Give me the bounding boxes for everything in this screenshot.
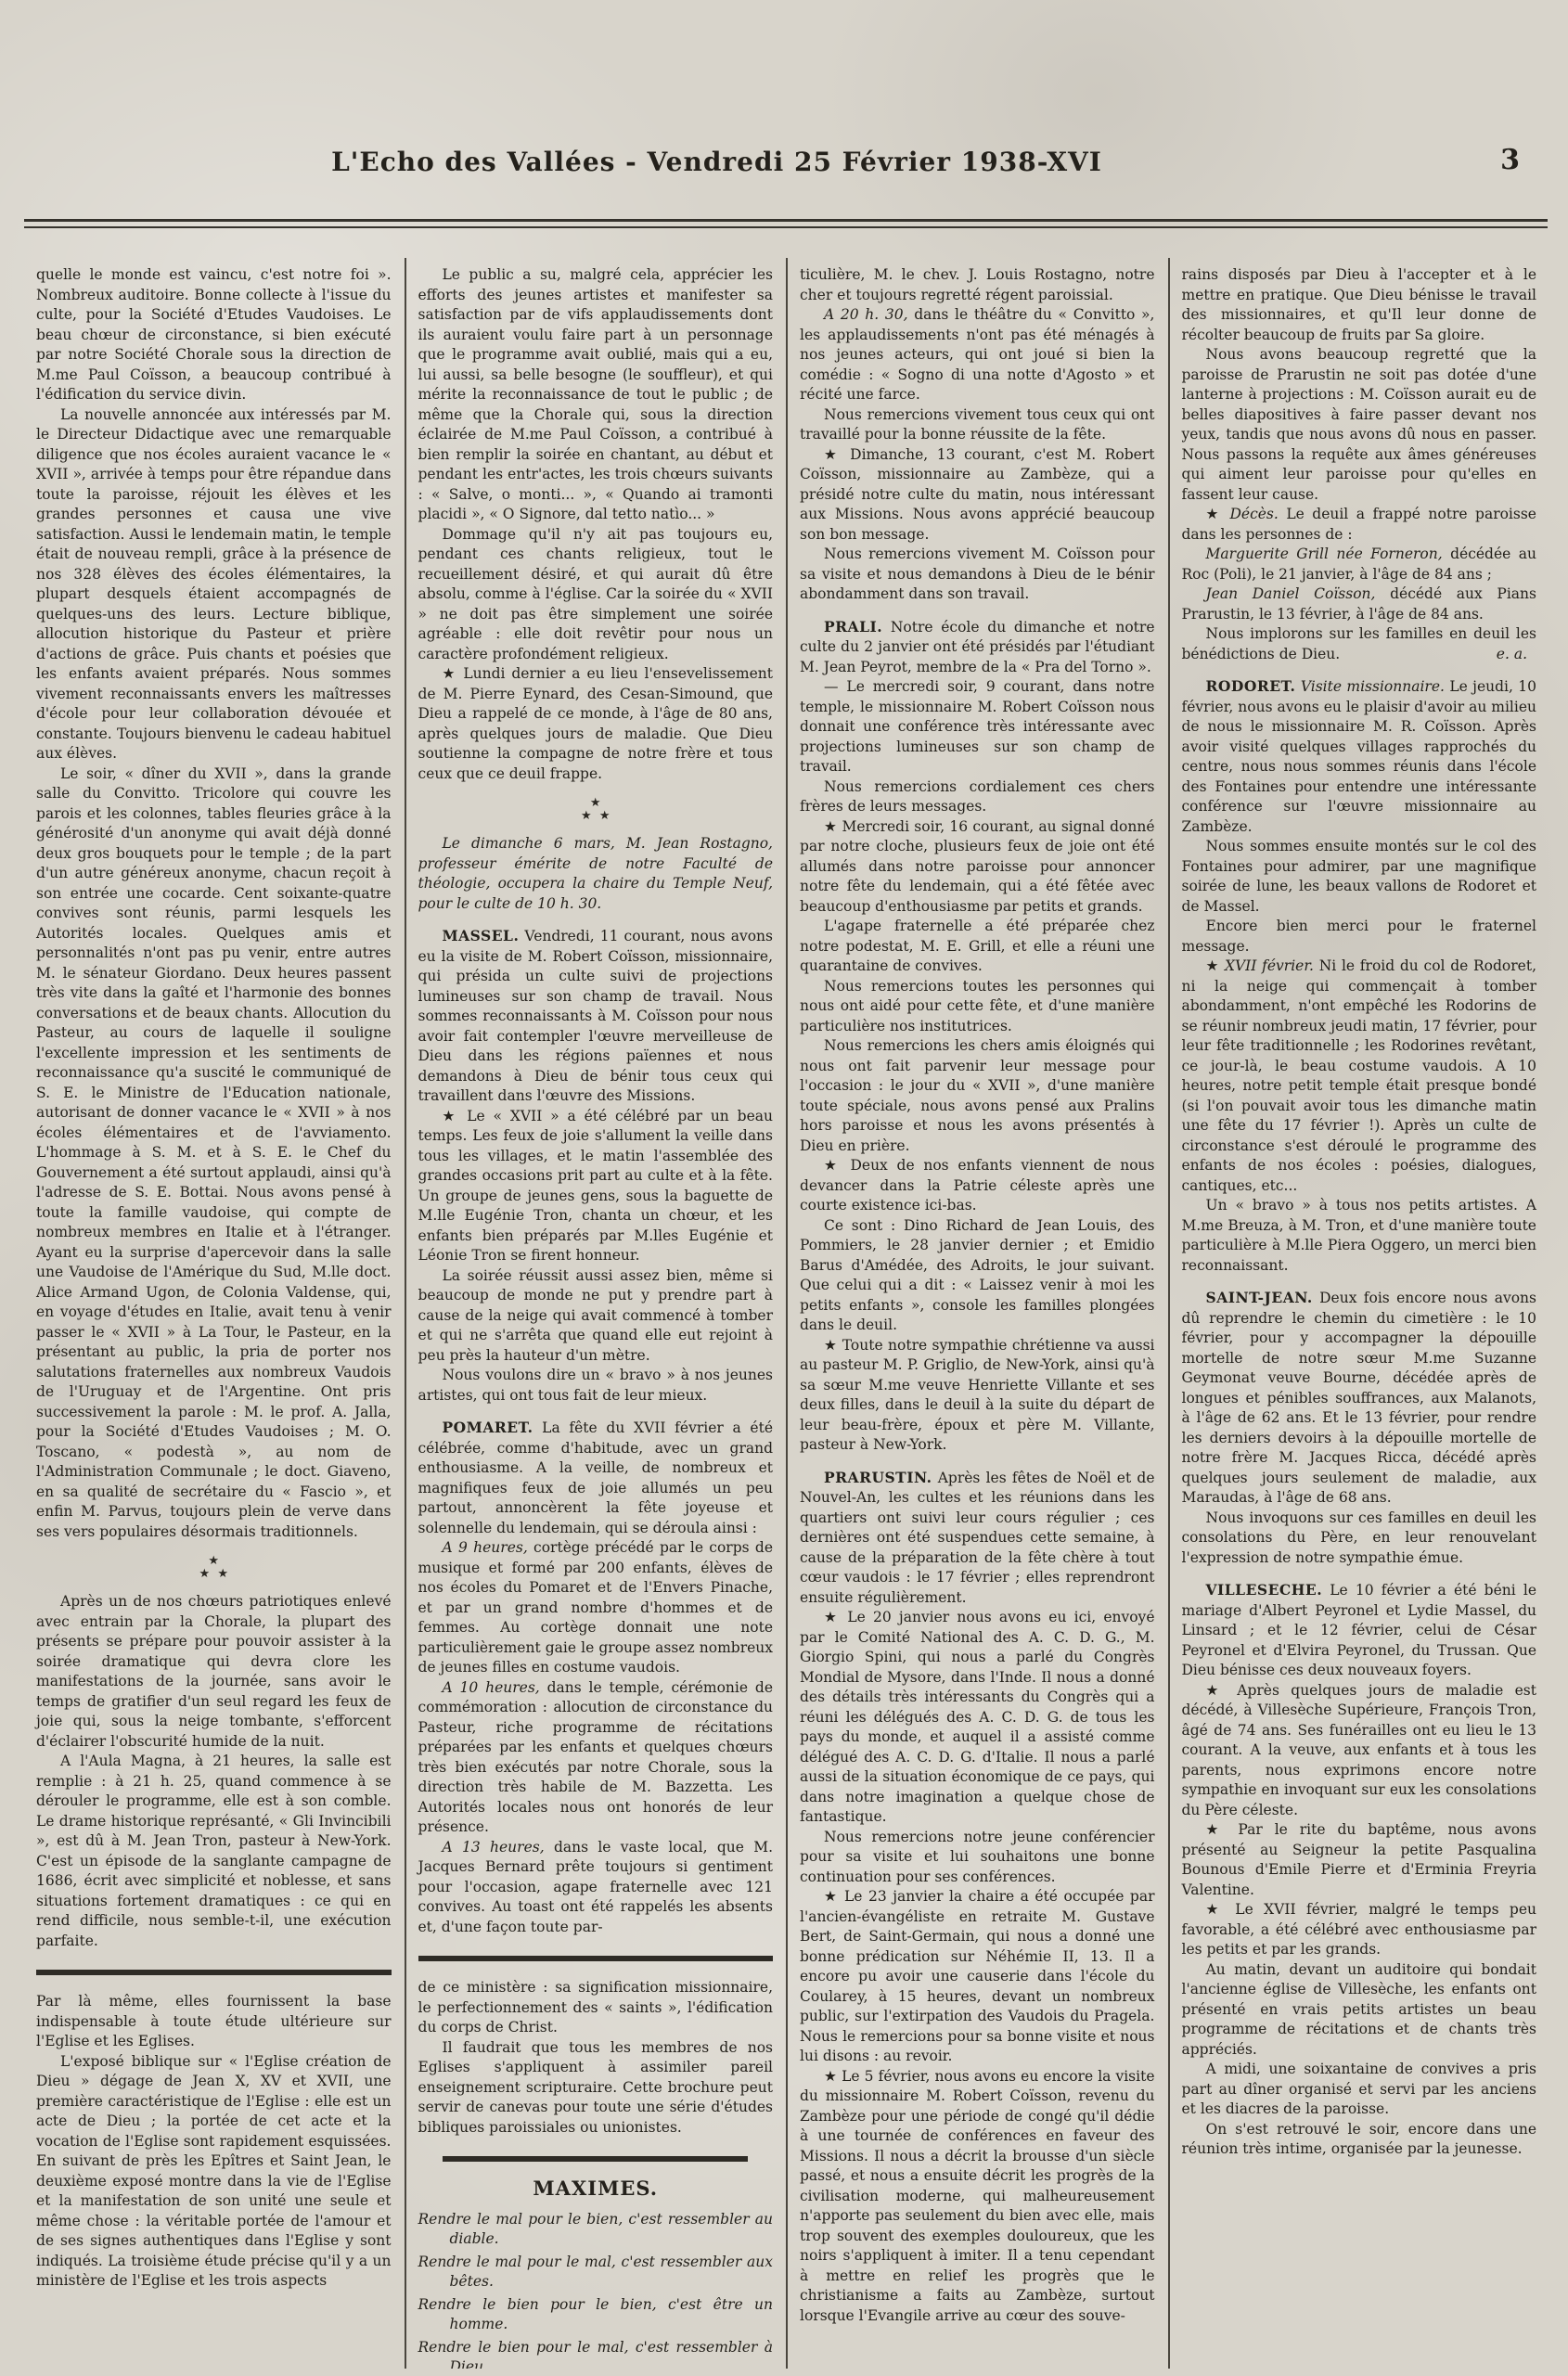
paragraph: Nous voulons dire un « bravo » à nos jeu…: [418, 1366, 774, 1406]
paragraph-lead-italic: Visite missionnaire.: [1301, 678, 1445, 695]
paragraph-text: Après quelques jours de maladie est décé…: [1182, 1682, 1537, 1818]
star-icon: ★: [443, 665, 457, 682]
paragraph: ★ Le 23 janvier la chaire a été occupée …: [800, 1887, 1155, 2067]
page-number: 3: [1500, 144, 1520, 176]
star-icon: ★: [824, 2068, 837, 2085]
star-icon: ★: [217, 1567, 228, 1581]
masthead-title: L'Echo des Vallées - Vendredi 25 Février…: [331, 147, 1102, 177]
paragraph-text: L'agape fraternelle a été préparée chez …: [800, 918, 1155, 974]
signature: e. a.: [1472, 645, 1536, 665]
horizontal-rule: [36, 1970, 392, 1975]
star-icon: ★: [824, 1157, 842, 1174]
paragraph-text: Nous avons beaucoup regretté que la paro…: [1182, 346, 1537, 503]
paragraph-text: dans le temple, cérémonie de commémorati…: [418, 1679, 774, 1836]
column-2: Le public a su, malgré cela, apprécier l…: [405, 258, 787, 2369]
paragraph-text: La fête du XVII février a été célébrée, …: [418, 1419, 774, 1536]
paragraph: ★ Par le rite du baptême, nous avons pré…: [1182, 1820, 1537, 1900]
column-3: ticulière, M. le chev. J. Louis Rostagno…: [786, 258, 1168, 2369]
star-icon: ★: [1206, 957, 1220, 974]
paragraph: Nous avons beaucoup regretté que la paro…: [1182, 345, 1537, 505]
paragraph: PRARUSTIN. Après les fêtes de Noël et de…: [800, 1468, 1155, 1609]
paragraph-text: Un « bravo » à tous nos petits artistes.…: [1182, 1197, 1537, 1274]
paragraph-text: La nouvelle annoncée aux intéressés par …: [36, 406, 392, 763]
paragraph-text: Après un de nos chœurs patriotiques enle…: [36, 1593, 392, 1750]
paragraph-text: La soirée réussit aussi assez bien, même…: [418, 1267, 774, 1364]
paragraph-text: Nous remercions notre jeune conférencier…: [800, 1829, 1155, 1885]
paragraph-text: Nous remercions cordialement ces chers f…: [800, 778, 1155, 816]
paragraph-text: A midi, une soixantaine de convives a pr…: [1182, 2061, 1537, 2117]
paragraph: La soirée réussit aussi assez bien, même…: [418, 1266, 774, 1367]
paragraph-text: Rendre le mal pour le bien, c'est ressem…: [418, 2211, 774, 2248]
section-lead: RODORET.: [1206, 677, 1296, 695]
paragraph: La nouvelle annoncée aux intéressés par …: [36, 405, 392, 764]
paragraph: Ce sont : Dino Richard de Jean Louis, de…: [800, 1216, 1155, 1336]
paragraph-lead-italic: Marguerite Grill née Forneron,: [1206, 546, 1443, 562]
section-lead: SAINT-JEAN.: [1206, 1289, 1313, 1306]
star-icon: ★: [824, 1609, 840, 1625]
paragraph-text: Nous sommes ensuite montés sur le col de…: [1182, 838, 1537, 915]
paragraph: Nous implorons sur les familles en deuil…: [1182, 624, 1537, 664]
paragraph-text: Nous remercions les chers amis éloignés …: [800, 1037, 1155, 1154]
paragraph: Il faudrait que tous les membres de nos …: [418, 2038, 774, 2138]
paragraph: L'exposé biblique sur « l'Eglise créatio…: [36, 2052, 392, 2292]
paragraph-text: Toute notre sympathie chrétienne va auss…: [800, 1337, 1155, 1454]
paragraph-text: Nous voulons dire un « bravo » à nos jeu…: [418, 1367, 774, 1404]
paragraph: ★ Après quelques jours de maladie est dé…: [1182, 1681, 1537, 1821]
masthead-double-rule: [24, 219, 1548, 228]
paragraph-lead-italic: Jean Daniel Coïsson,: [1206, 585, 1376, 602]
maxime-item: Rendre le bien pour le bien, c'est être …: [418, 2295, 774, 2335]
column-4: rains disposés par Dieu à l'accepter et …: [1168, 258, 1550, 2369]
star-icon: ★: [1206, 1821, 1227, 1838]
paragraph-text: Après les fêtes de Noël et de Nouvel-An,…: [800, 1470, 1155, 1606]
paragraph-text: L'exposé biblique sur « l'Eglise créatio…: [36, 2053, 392, 2290]
paragraph: quelle le monde est vaincu, c'est notre …: [36, 265, 392, 405]
paragraph-text: Encore bien merci pour le fraternel mess…: [1182, 918, 1537, 955]
paragraph: Après un de nos chœurs patriotiques enle…: [36, 1592, 392, 1752]
paragraph: Nous remercions vivement tous ceux qui o…: [800, 405, 1155, 445]
paragraph-text: A l'Aula Magna, à 21 heures, la salle es…: [36, 1753, 392, 1949]
paragraph: Le soir, « dîner du XVII », dans la gran…: [36, 764, 392, 1543]
column-1: quelle le monde est vaincu, c'est notre …: [24, 258, 405, 2369]
paragraph-text: Le 23 janvier la chaire a été occupée pa…: [800, 1888, 1155, 2064]
paragraph-text: Deux de nos enfants viennent de nous dev…: [800, 1157, 1155, 1214]
paragraph-text: Rendre le bien pour le mal, c'est ressem…: [418, 2339, 774, 2370]
paragraph: Encore bien merci pour le fraternel mess…: [1182, 917, 1537, 957]
star-icon: ★: [824, 818, 837, 835]
star-icon: ★: [599, 809, 610, 823]
paragraph: Nous sommes ensuite montés sur le col de…: [1182, 837, 1537, 917]
section-lead: MASSEL.: [443, 927, 520, 944]
paragraph: On s'est retrouvé le soir, encore dans u…: [1182, 2120, 1537, 2160]
paragraph-lead-italic: A 20 h. 30,: [824, 306, 908, 323]
paragraph-text: Mercredi soir, 16 courant, au signal don…: [800, 818, 1155, 915]
horizontal-rule: [418, 1956, 774, 1961]
paragraph: A 9 heures, cortège précédé par le corps…: [418, 1538, 774, 1678]
paragraph-text: Le 20 janvier nous avons eu ici, envoyé …: [800, 1609, 1155, 1825]
maximes-heading: MAXIMES.: [418, 2178, 774, 2199]
paragraph-text: Le 5 février, nous avons eu encore la vi…: [800, 2068, 1155, 2324]
paragraph: Jean Daniel Coïsson, décédé aux Pians Pr…: [1182, 584, 1537, 624]
paragraph-text: Vendredi, 11 courant, nous avons eu la v…: [418, 928, 774, 1104]
paragraph: ★ Mercredi soir, 16 courant, au signal d…: [800, 817, 1155, 918]
section-lead: POMARET.: [443, 1419, 533, 1436]
paragraph: Nous remercions cordialement ces chers f…: [800, 777, 1155, 817]
paragraph-text: rains disposés par Dieu à l'accepter et …: [1182, 266, 1537, 343]
star-icon: ★: [824, 1337, 837, 1354]
paragraph: MASSEL. Vendredi, 11 courant, nous avons…: [418, 926, 774, 1107]
paragraph-text: Rendre le mal pour le mal, c'est ressemb…: [418, 2254, 774, 2291]
paragraph: A 20 h. 30, dans le théâtre du « Convitt…: [800, 305, 1155, 405]
paragraph: ★ Le 20 janvier nous avons eu ici, envoy…: [800, 1608, 1155, 1828]
paragraph-text: On s'est retrouvé le soir, encore dans u…: [1182, 2121, 1537, 2158]
paragraph-text: Rendre le bien pour le bien, c'est être …: [418, 2296, 774, 2333]
paragraph: Dommage qu'il n'y ait pas toujours eu, p…: [418, 525, 774, 665]
paragraph-text: — Le mercredi soir, 9 courant, dans notr…: [800, 678, 1155, 775]
star-separator: ★★ ★: [36, 1555, 392, 1581]
star-icon: ★: [208, 1554, 219, 1568]
paragraph: Nous remercions vivement M. Coïsson pour…: [800, 545, 1155, 605]
paragraph: VILLESECHE. Le 10 février a été béni le …: [1182, 1580, 1537, 1681]
paragraph-text: Lundi dernier a eu lieu l'ensevelissemen…: [418, 665, 774, 782]
paragraph-text: Le public a su, malgré cela, apprécier l…: [418, 266, 774, 522]
star-icon: ★: [590, 796, 601, 810]
paragraph: Nous remercions les chers amis éloignés …: [800, 1036, 1155, 1156]
paragraph: ★ Le « XVII » a été célébré par un beau …: [418, 1107, 774, 1266]
paragraph: Au matin, devant un auditoire qui bondai…: [1182, 1960, 1537, 2061]
star-icon: ★: [1206, 1901, 1225, 1918]
paragraph: ★ Le 5 février, nous avons eu encore la …: [800, 2067, 1155, 2327]
paragraph-text: Le soir, « dîner du XVII », dans la gran…: [36, 765, 392, 1540]
paragraph-text: de ce ministère : sa signification missi…: [418, 1979, 774, 2036]
maxime-item: Rendre le bien pour le mal, c'est ressem…: [418, 2338, 774, 2370]
paragraph-text: ticulière, M. le chev. J. Louis Rostagno…: [800, 266, 1155, 303]
paragraph-text: Le XVII février, malgré le temps peu fav…: [1182, 1901, 1537, 1958]
star-icon: ★: [824, 446, 842, 463]
paragraph: Par là même, elles fournissent la base i…: [36, 1992, 392, 2052]
paragraph-text: Dimanche, 13 courant, c'est M. Robert Co…: [800, 446, 1155, 543]
paragraph-lead-italic: XVII février.: [1225, 957, 1314, 974]
paragraph: A l'Aula Magna, à 21 heures, la salle es…: [36, 1752, 392, 1951]
paragraph: ★ Le XVII février, malgré le temps peu f…: [1182, 1900, 1537, 1960]
maxime-item: Rendre le mal pour le bien, c'est ressem…: [418, 2210, 774, 2250]
paragraph-text: Nous remercions vivement tous ceux qui o…: [800, 406, 1155, 443]
paragraph: A 10 heures, dans le temple, cérémonie d…: [418, 1678, 774, 1838]
paragraph-text: Le jeudi, 10 février, nous avons eu le p…: [1182, 678, 1537, 835]
paragraph-lead-italic: A 9 heures,: [443, 1539, 528, 1556]
paragraph: ★ Décès. Le deuil a frappé notre paroiss…: [1182, 505, 1537, 545]
columns-area: quelle le monde est vaincu, c'est notre …: [24, 258, 1549, 2369]
paragraph: A 13 heures, dans le vaste local, que M.…: [418, 1838, 774, 1938]
paragraph: Le public a su, malgré cela, apprécier l…: [418, 265, 774, 525]
star-icon: ★: [1206, 506, 1222, 522]
paragraph: ★ Dimanche, 13 courant, c'est M. Robert …: [800, 445, 1155, 546]
star-icon: ★: [824, 1888, 838, 1905]
paragraph: de ce ministère : sa signification missi…: [418, 1978, 774, 2038]
paragraph: Un « bravo » à tous nos petits artistes.…: [1182, 1196, 1537, 1276]
section-lead: PRARUSTIN.: [824, 1469, 932, 1486]
star-separator: ★★ ★: [418, 797, 774, 823]
paragraph-text: Ce sont : Dino Richard de Jean Louis, de…: [800, 1217, 1155, 1334]
paragraph-text: quelle le monde est vaincu, c'est notre …: [36, 266, 392, 403]
horizontal-rule: [443, 2156, 748, 2162]
paragraph: POMARET. La fête du XVII février a été c…: [418, 1418, 774, 1538]
paragraph: ★ XVII février. Ni le froid du col de Ro…: [1182, 957, 1537, 1196]
maxime-item: Rendre le mal pour le mal, c'est ressemb…: [418, 2253, 774, 2293]
paragraph-text: Le dimanche 6 mars, M. Jean Rostagno, pr…: [418, 835, 774, 912]
paragraph-text: cortège précédé par le corps de musique …: [418, 1539, 774, 1676]
paragraph-text: Dommage qu'il n'y ait pas toujours eu, p…: [418, 526, 774, 662]
paragraph-lead-italic: A 13 heures,: [443, 1839, 545, 1856]
paragraph-text: Ni le froid du col de Rodoret, ni la nei…: [1182, 957, 1537, 1194]
section-lead: VILLESECHE.: [1206, 1581, 1323, 1599]
paragraph: rains disposés par Dieu à l'accepter et …: [1182, 265, 1537, 345]
section-lead: PRALI.: [824, 618, 882, 636]
star-icon: ★: [443, 1108, 459, 1124]
paragraph: Marguerite Grill née Forneron, décédée a…: [1182, 545, 1537, 584]
paragraph: SAINT-JEAN. Deux fois encore nous avons …: [1182, 1288, 1537, 1509]
paragraph: — Le mercredi soir, 9 courant, dans notr…: [800, 677, 1155, 777]
paragraph-text: Nous remercions vivement M. Coïsson pour…: [800, 546, 1155, 602]
paragraph-text: Il faudrait que tous les membres de nos …: [418, 2039, 774, 2136]
paragraph: PRALI. Notre école du dimanche et notre …: [800, 617, 1155, 678]
paragraph-text: Au matin, devant un auditoire qui bondai…: [1182, 1961, 1537, 2058]
paragraph: ★ Deux de nos enfants viennent de nous d…: [800, 1156, 1155, 1216]
paragraph: ticulière, M. le chev. J. Louis Rostagno…: [800, 265, 1155, 305]
paragraph-text: Deux fois encore nous avons dû reprendre…: [1182, 1290, 1537, 1506]
paragraph: Nous remercions toutes les personnes qui…: [800, 977, 1155, 1037]
star-icon: ★: [581, 809, 592, 823]
paragraph: Nous remercions notre jeune conférencier…: [800, 1828, 1155, 1888]
paragraph: RODORET. Visite missionnaire. Le jeudi, …: [1182, 676, 1537, 837]
paragraph-text: Nous remercions toutes les personnes qui…: [800, 978, 1155, 1034]
paragraph: ★ Lundi dernier a eu lieu l'ensevelissem…: [418, 664, 774, 784]
paragraph: A midi, une soixantaine de convives a pr…: [1182, 2060, 1537, 2120]
paragraph: Le dimanche 6 mars, M. Jean Rostagno, pr…: [418, 834, 774, 914]
paragraph-text: Par le rite du baptême, nous avons prése…: [1182, 1821, 1537, 1898]
star-icon: ★: [1206, 1682, 1226, 1699]
paragraph-text: Par là même, elles fournissent la base i…: [36, 1993, 392, 2049]
paragraph: ★ Toute notre sympathie chrétienne va au…: [800, 1336, 1155, 1456]
masthead: L'Echo des Vallées - Vendredi 25 Février…: [0, 147, 1433, 177]
paragraph-text: Nous invoquons sur ces familles en deuil…: [1182, 1509, 1537, 1566]
paragraph-lead-italic: A 10 heures,: [443, 1679, 540, 1696]
star-icon: ★: [199, 1567, 210, 1581]
paragraph: L'agape fraternelle a été préparée chez …: [800, 917, 1155, 977]
paragraph-text: Le « XVII » a été célébré par un beau te…: [418, 1108, 774, 1265]
paragraph-lead-italic: Décès.: [1229, 506, 1278, 522]
newspaper-page: L'Echo des Vallées - Vendredi 25 Février…: [0, 0, 1568, 2376]
paragraph: Nous invoquons sur ces familles en deuil…: [1182, 1509, 1537, 1569]
